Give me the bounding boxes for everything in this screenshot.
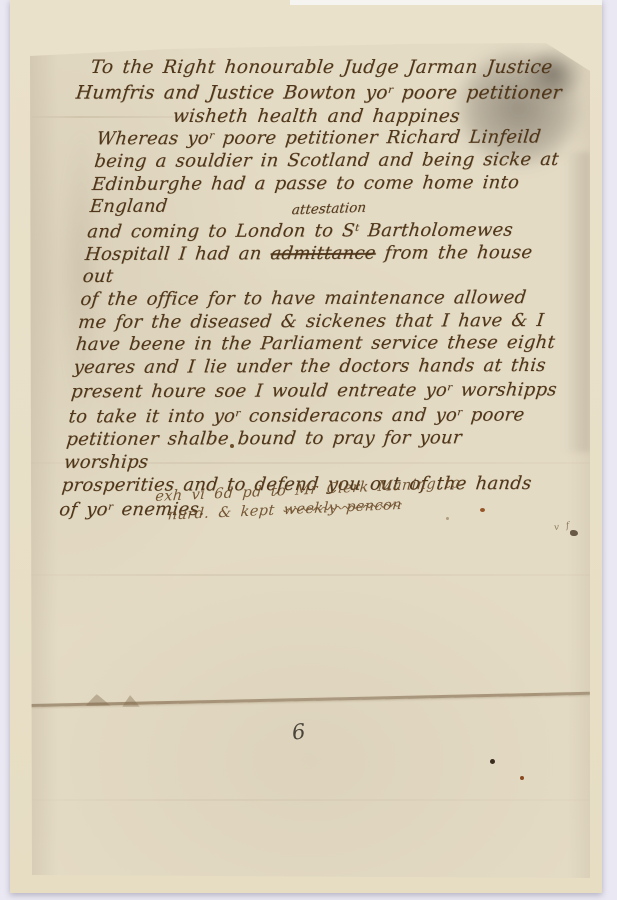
scan-edge-highlight	[290, 0, 602, 5]
page-number: 6	[291, 719, 307, 744]
heading-line: To the Right honourable Judge Jarman Jus…	[67, 56, 575, 79]
body-line: Hospitall I had an admittance from the h…	[82, 242, 573, 289]
body-line: to take it into yor consideracons and yo…	[67, 402, 556, 429]
body-line: present houre soe I would entreate yor w…	[70, 377, 559, 404]
heading-block: To the Right honourable Judge Jarman Jus…	[62, 56, 576, 128]
ink-speck	[570, 530, 578, 536]
ink-speck	[520, 776, 524, 780]
fold-crease-strong	[30, 692, 590, 707]
body-line: being a souldier in Scotland and being s…	[93, 149, 581, 174]
body-line: of the office for to have maintenance al…	[79, 287, 567, 312]
manuscript-page: v f To the Right honourable Judge Jarman…	[30, 42, 590, 878]
body-line: petitioner shalbe bound to pray for your…	[63, 427, 554, 474]
fold-crease	[30, 574, 590, 576]
body-line: have beene in the Parliament service the…	[75, 332, 563, 357]
heading-line: Humfris and Justice Bowton yor poore pet…	[65, 79, 574, 105]
inserted-word: attestation	[291, 200, 367, 219]
body-line: me for the diseased & sickenes that I ha…	[77, 310, 565, 335]
body-line: and coming to London to St Bartholomewes	[86, 217, 575, 244]
fold-crease	[30, 799, 590, 801]
crease-tear	[85, 694, 111, 706]
body-line: yeares and I lie under the doctors hands…	[72, 355, 560, 380]
scanner-background: { "scan": { "background_color": "#eae8f2…	[0, 0, 617, 900]
body-block: Whereas yor poore petitioner Richard Lin…	[58, 124, 584, 522]
body-line: Whereas yor poore petitioner Richard Lin…	[95, 124, 584, 151]
ink-speck	[490, 759, 495, 764]
